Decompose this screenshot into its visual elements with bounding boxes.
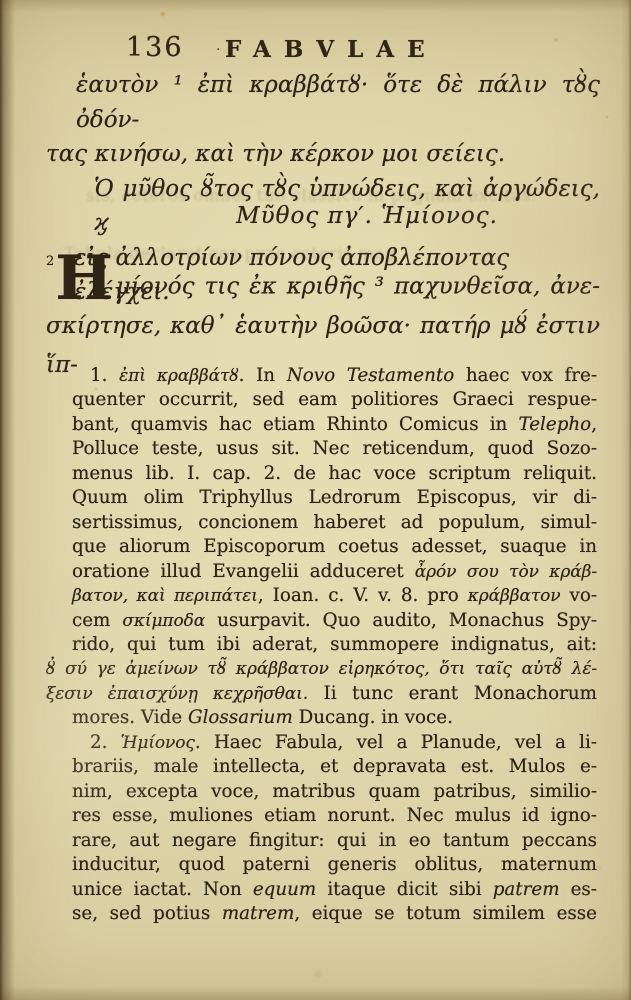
footnote-text-segment: σκίμποδα: [122, 611, 205, 631]
greek-text-line: ἑαυτὸν ¹ ἐπὶ κραββάτȣ· ὅτε δὲ πάλιν τȣ̀ς…: [46, 68, 600, 137]
footnote-text-segment: res esse, muliones etiam norunt. Nec mul…: [72, 805, 597, 826]
footnote-text-segment: brariis, male intellecta, et depravata e…: [72, 756, 597, 777]
footnote-text-segment: usurpavit. Quo audito, Monachus Spy-: [205, 610, 597, 631]
footnote-text-segment: se, sed potius: [72, 903, 222, 924]
footnote-line: nim, excepta voce, matribus quam patribu…: [72, 780, 597, 804]
footnote-text-segment: Telepho: [518, 414, 591, 435]
footnote-text-segment: , Ioan. c. V. v. 8. pro: [258, 585, 468, 606]
footnote-line: res esse, muliones etiam norunt. Nec mul…: [72, 804, 597, 828]
footnote-line: brariis, male intellecta, et depravata e…: [72, 755, 597, 779]
footnote-text-segment: ἐπὶ κραββάτȣ: [119, 366, 239, 386]
footnote-line: rare, aut negare fingitur: qui in eo tan…: [72, 829, 597, 853]
footnote-text-segment: Polluce teste, usus sit. Nec reticendum,…: [72, 438, 597, 459]
footnote-line: rido, qui tum ibi aderat, summopere indi…: [72, 633, 597, 657]
footnote-text-segment: vo-: [561, 585, 597, 606]
footnote-line: Polluce teste, usus sit. Nec reticendum,…: [72, 437, 597, 461]
footnote-line: unice iactat. Non equum itaque dicit sib…: [72, 878, 597, 902]
footnote-text-segment: matrem: [222, 903, 294, 924]
fable-first-line-text: μίονός τις ἐκ κριθῆς ³ παχυνθεῖσα, ἀνε-: [116, 274, 600, 300]
page-number: 136: [126, 32, 184, 63]
footnote-line: sertissimus, concionem haberet ad populu…: [72, 511, 597, 535]
footnote-text-segment: mores. Vide: [72, 707, 188, 728]
footnote-line: que aliorum Episcoporum coetus adesset, …: [72, 535, 597, 559]
title-ink-mark: ·: [216, 42, 220, 58]
footnote-text-segment: bant, quamvis hac etiam Rhinto Comicus i…: [72, 414, 518, 435]
footnote-text-segment: Glossarium: [188, 707, 293, 728]
footnote-line: ȣ̓ σύ γε ἀμείνων τȣ̃ κράββατον εἰρηκότος…: [46, 657, 597, 681]
footnote-line: mores. Vide Glossarium Ducang. in voce.: [72, 706, 597, 730]
footnote-text-segment: ξεσιν ἐπαισχύνῃ κεχρῆσθαι.: [46, 684, 308, 704]
footnote-line: se, sed potius matrem, eique se totum si…: [72, 902, 597, 926]
footnote-text-segment: rare, aut negare fingitur: qui in eo tan…: [72, 830, 597, 851]
footnote-text-segment: inducitur, quod paterni generis oblitus,…: [72, 854, 597, 875]
footnote-text-segment: itaque dicit sibi: [316, 879, 492, 900]
footnote-line: menus lib. I. cap. 2. de hac voce script…: [72, 462, 597, 486]
footnote-line: oratione illud Evangelii adduceret ἆρόν …: [72, 560, 597, 584]
footnote-text-segment: ἆρόν σου τὸν κράβ-: [415, 562, 597, 582]
footnote-text-segment: oratione illud Evangelii adduceret: [72, 561, 415, 582]
footnote-line: ξεσιν ἐπαισχύνῃ κεχρῆσθαι. Ii tunc erant…: [46, 682, 597, 706]
chapter-heading: Μῦθος πγ′. Ἡμίονος.: [46, 203, 631, 229]
footnote-text-segment: equum: [253, 879, 316, 900]
footnote-text-segment: ȣ̓ σύ γε ἀμείνων τȣ̃ κράββατον εἰρηκότος…: [46, 659, 597, 679]
footnote-text-segment: . Haec Fabula, vel a Planude, vel a li-: [195, 732, 597, 753]
footnote-text-segment: Ἡμίονος: [121, 733, 195, 753]
footnote-text-segment: κράββατον: [468, 586, 561, 606]
footnote-text-segment: unice iactat. Non: [72, 879, 253, 900]
footnote-text-segment: cem: [72, 610, 122, 631]
footnote-text-segment: Novo Testamento: [287, 365, 454, 386]
greek-text-line: τας κινήσω, καὶ τὴν κέρκον μοι σείεις.: [46, 137, 600, 172]
footnote-text-segment: que aliorum Episcoporum coetus adesset, …: [72, 536, 597, 557]
book-page-scan: sis, ceteros omnes tuo classico in pugna…: [0, 0, 631, 1000]
footnote-text-segment: patrem: [493, 879, 560, 900]
footnote-text-segment: menus lib. I. cap. 2. de hac voce script…: [72, 463, 597, 484]
footnote-text-segment: 1.: [90, 365, 119, 386]
footnote-line: quenter occurrit, sed eam politiores Gra…: [72, 388, 597, 412]
footnote-text-segment: βατον, καὶ περιπάτει: [72, 586, 258, 606]
footnote-text-segment: Ii tunc erant Monachorum: [308, 683, 597, 704]
footnote-line: 1. ἐπὶ κραββάτȣ. In Novo Testamento haec…: [72, 364, 597, 388]
footnote-line: cem σκίμποδα usurpavit. Quo audito, Mona…: [72, 609, 597, 633]
footnote-text-segment: rido, qui tum ibi aderat, summopere indi…: [72, 634, 597, 655]
footnote-text-segment: Quum olim Triphyllus Ledrorum Episcopus,…: [72, 487, 597, 508]
fable-first-line: 2Ημίονός τις ἐκ κριθῆς ³ παχυνθεῖσα, ἀνε…: [46, 262, 600, 307]
footnote-text-segment: Ducang. in voce.: [293, 707, 453, 728]
footnote-text-segment: sertissimus, concionem haberet ad populu…: [72, 512, 597, 533]
dropcap-initial: Η: [55, 243, 113, 314]
footnote-line: inducitur, quod paterni generis oblitus,…: [72, 853, 597, 877]
footnotes-block: 1. ἐπὶ κραββάτȣ. In Novo Testamento haec…: [72, 364, 597, 926]
footnote-line: βατον, καὶ περιπάτει, Ioan. c. V. v. 8. …: [72, 584, 597, 608]
footnote-text-segment: quenter occurrit, sed eam politiores Gra…: [72, 389, 597, 410]
footnote-marker: 2: [46, 254, 54, 269]
footnote-line: 2. Ἡμίονος. Haec Fabula, vel a Planude, …: [72, 731, 597, 755]
footnote-line: Quum olim Triphyllus Ledrorum Episcopus,…: [72, 486, 597, 510]
footnote-text-segment: ,: [591, 414, 597, 435]
footnote-line: bant, quamvis hac etiam Rhinto Comicus i…: [72, 413, 597, 437]
footnote-text-segment: es-: [560, 879, 597, 900]
footnote-text-segment: haec vox fre-: [454, 365, 597, 386]
footnote-text-segment: nim, excepta voce, matribus quam patribu…: [72, 781, 597, 802]
running-title: FABVLAE: [225, 36, 438, 63]
footnote-text-segment: . In: [239, 365, 287, 386]
footnote-text-segment: 2.: [90, 732, 121, 753]
footnote-text-segment: , eique se totum similem esse: [294, 903, 597, 924]
